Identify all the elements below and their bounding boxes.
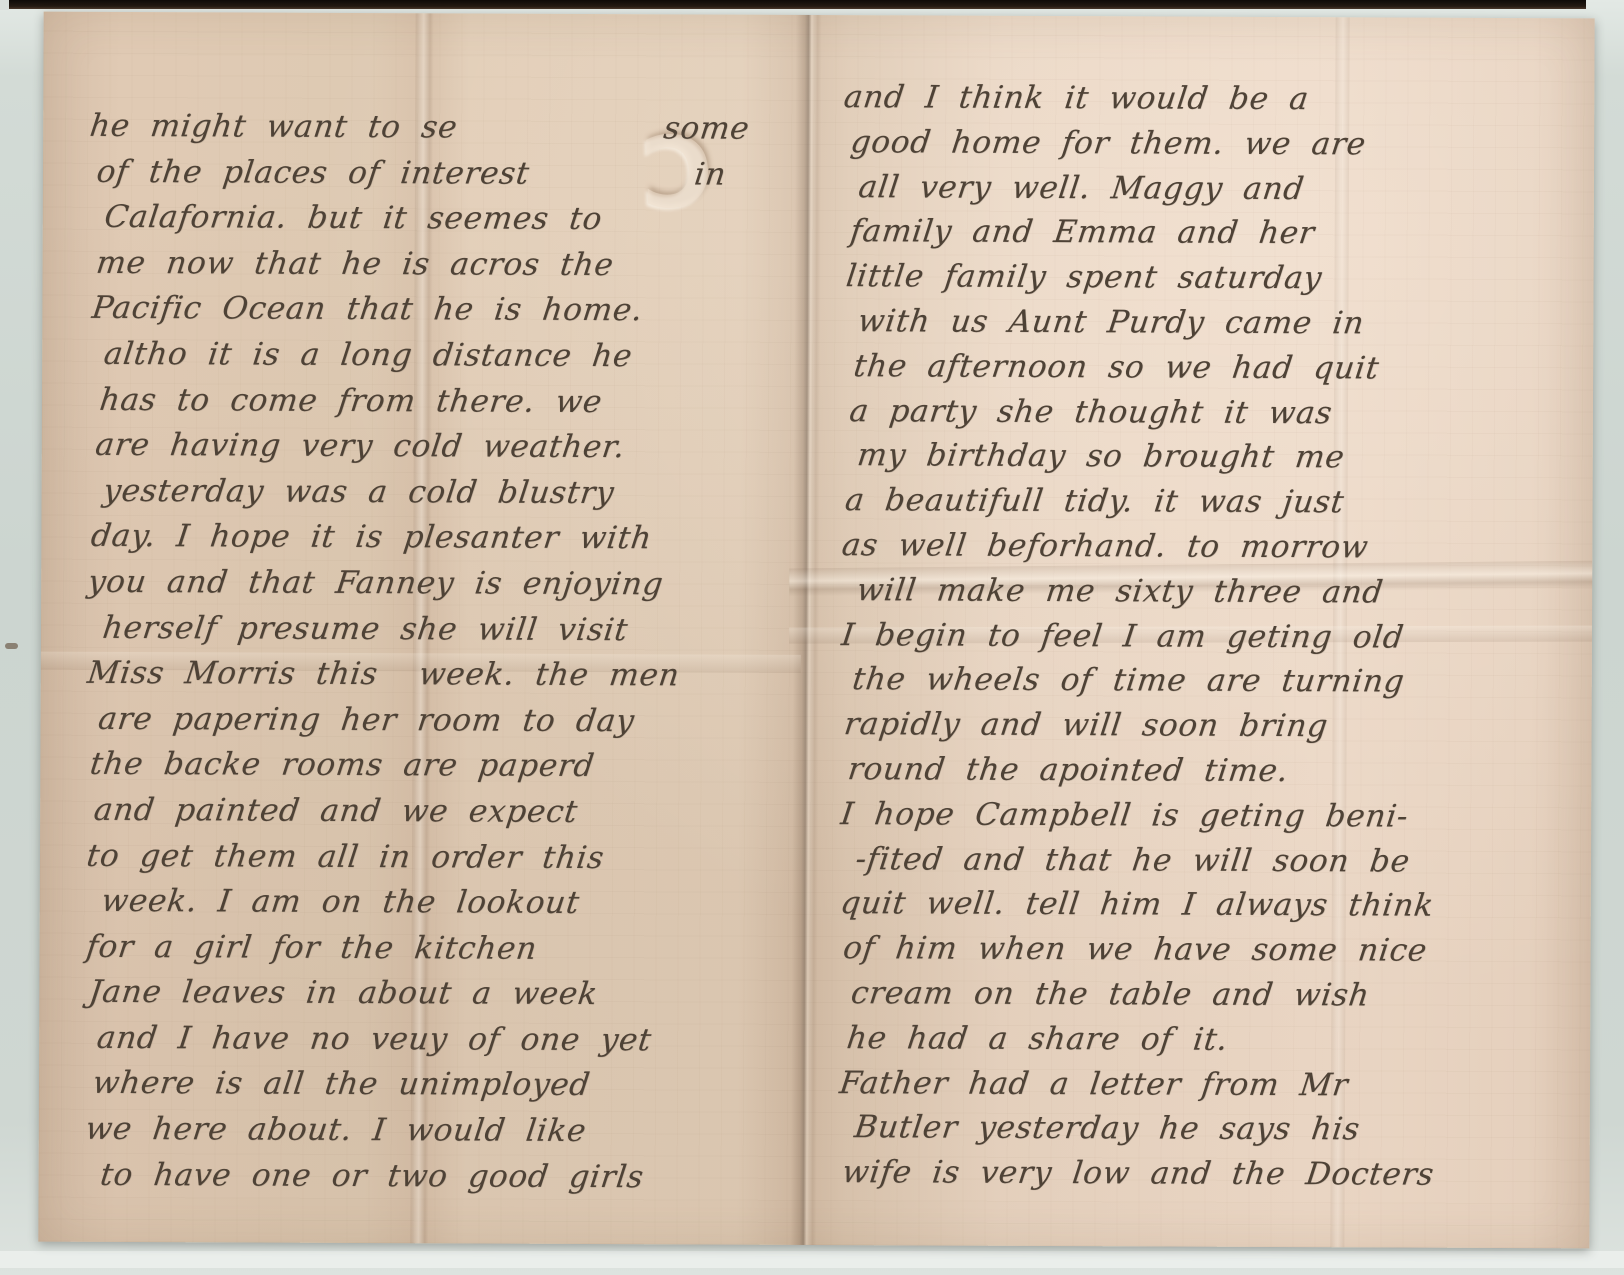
handwriting-line: to get them all in order this <box>84 833 806 882</box>
handwriting-line: has to come from there. we <box>86 377 808 426</box>
handwriting-line: yesterday was a cold blustry <box>85 469 807 518</box>
scanned-letter: C he might want to se someof the places … <box>0 0 1624 1275</box>
letter-page-right: and I think it would be agood home for t… <box>837 75 1600 1198</box>
letter-paper: C he might want to se someof the places … <box>38 12 1594 1249</box>
handwriting-line: and I think it would be a <box>841 75 1605 123</box>
handwriting-line: to have one or two good girls <box>83 1152 805 1201</box>
handwriting-line: will make me sixty three and <box>839 568 1603 616</box>
handwriting-line: he had a share of it. <box>837 1016 1601 1064</box>
handwriting-line: -fited and that he will soon be <box>838 837 1602 885</box>
handwriting-line: day. I hope it is plesanter with <box>85 514 807 563</box>
handwriting-line: little family spent saturday <box>840 254 1604 302</box>
scanner-corner-chip <box>0 0 9 10</box>
handwriting-line: the afternoon so we had quit <box>840 344 1604 392</box>
handwriting-line: quit well. tell him I always think <box>838 881 1602 929</box>
handwriting-line: my birthday so brought me <box>840 433 1604 481</box>
handwriting-line: I begin to feel I am geting old <box>839 613 1603 661</box>
handwriting-line: cream on the table and wish <box>837 971 1601 1019</box>
handwriting-line: herself presume she will visit <box>85 605 807 654</box>
handwriting-line: all very well. Maggy and <box>841 165 1605 213</box>
handwriting-line: and I have no veuy of one yet <box>83 1016 805 1065</box>
handwriting-line: with us Aunt Purdy came in <box>840 299 1604 347</box>
handwriting-line: are having very cold weather. <box>86 423 808 472</box>
handwriting-line: are papering her room to day <box>85 697 807 746</box>
handwriting-line: the wheels of time are turning <box>839 657 1603 705</box>
handwriting-line: round the apointed time. <box>838 747 1602 795</box>
scanner-bed-bottom-band <box>0 1251 1624 1268</box>
handwriting-line: week. I am on the lookout <box>84 879 806 928</box>
handwriting-line: good home for them. we are <box>841 120 1605 168</box>
handwriting-line: Father had a letter from Mr <box>837 1061 1601 1109</box>
handwriting-line: a beautifull tidy. it was just <box>839 478 1603 526</box>
handwriting-line: wife is very low and the Docters <box>837 1150 1601 1198</box>
handwriting-line: of the places of interest in <box>87 149 809 198</box>
handwriting-line: of him when we have some nice <box>838 926 1602 974</box>
handwriting-line: he might want to se some <box>87 104 809 153</box>
handwriting-line: you and that Fanney is enjoying <box>85 560 807 609</box>
handwriting-line: I hope Campbell is geting beni- <box>838 792 1602 840</box>
letter-page-left: he might want to se someof the places of… <box>83 104 804 1201</box>
scan-speck <box>5 643 18 649</box>
handwriting-line: a party she thought it was <box>840 389 1604 437</box>
handwriting-line: Jane leaves in about a week <box>83 970 805 1019</box>
handwriting-line: Miss Morris this week. the men <box>85 651 807 700</box>
handwriting-line: me now that he is acros the <box>86 241 808 290</box>
scanner-edge-bar <box>6 0 1586 9</box>
handwriting-line: Calafornia. but it seemes to <box>87 195 809 244</box>
handwriting-line: for a girl for the kitchen <box>84 925 806 974</box>
handwriting-line: family and Emma and her <box>841 210 1605 258</box>
handwriting-line: where is all the unimployed <box>83 1061 805 1110</box>
handwriting-line: Pacific Ocean that he is home. <box>86 286 808 335</box>
handwriting-line: as well beforhand. to morrow <box>839 523 1603 571</box>
handwriting-line: altho it is a long distance he <box>86 332 808 381</box>
handwriting-line: the backe rooms are paperd <box>84 742 806 791</box>
handwriting-line: and painted and we expect <box>84 788 806 837</box>
handwriting-line: Butler yesterday he says his <box>837 1105 1601 1153</box>
handwriting-line: we here about. I would like <box>83 1107 805 1156</box>
handwriting-line: rapidly and will soon bring <box>838 702 1602 750</box>
